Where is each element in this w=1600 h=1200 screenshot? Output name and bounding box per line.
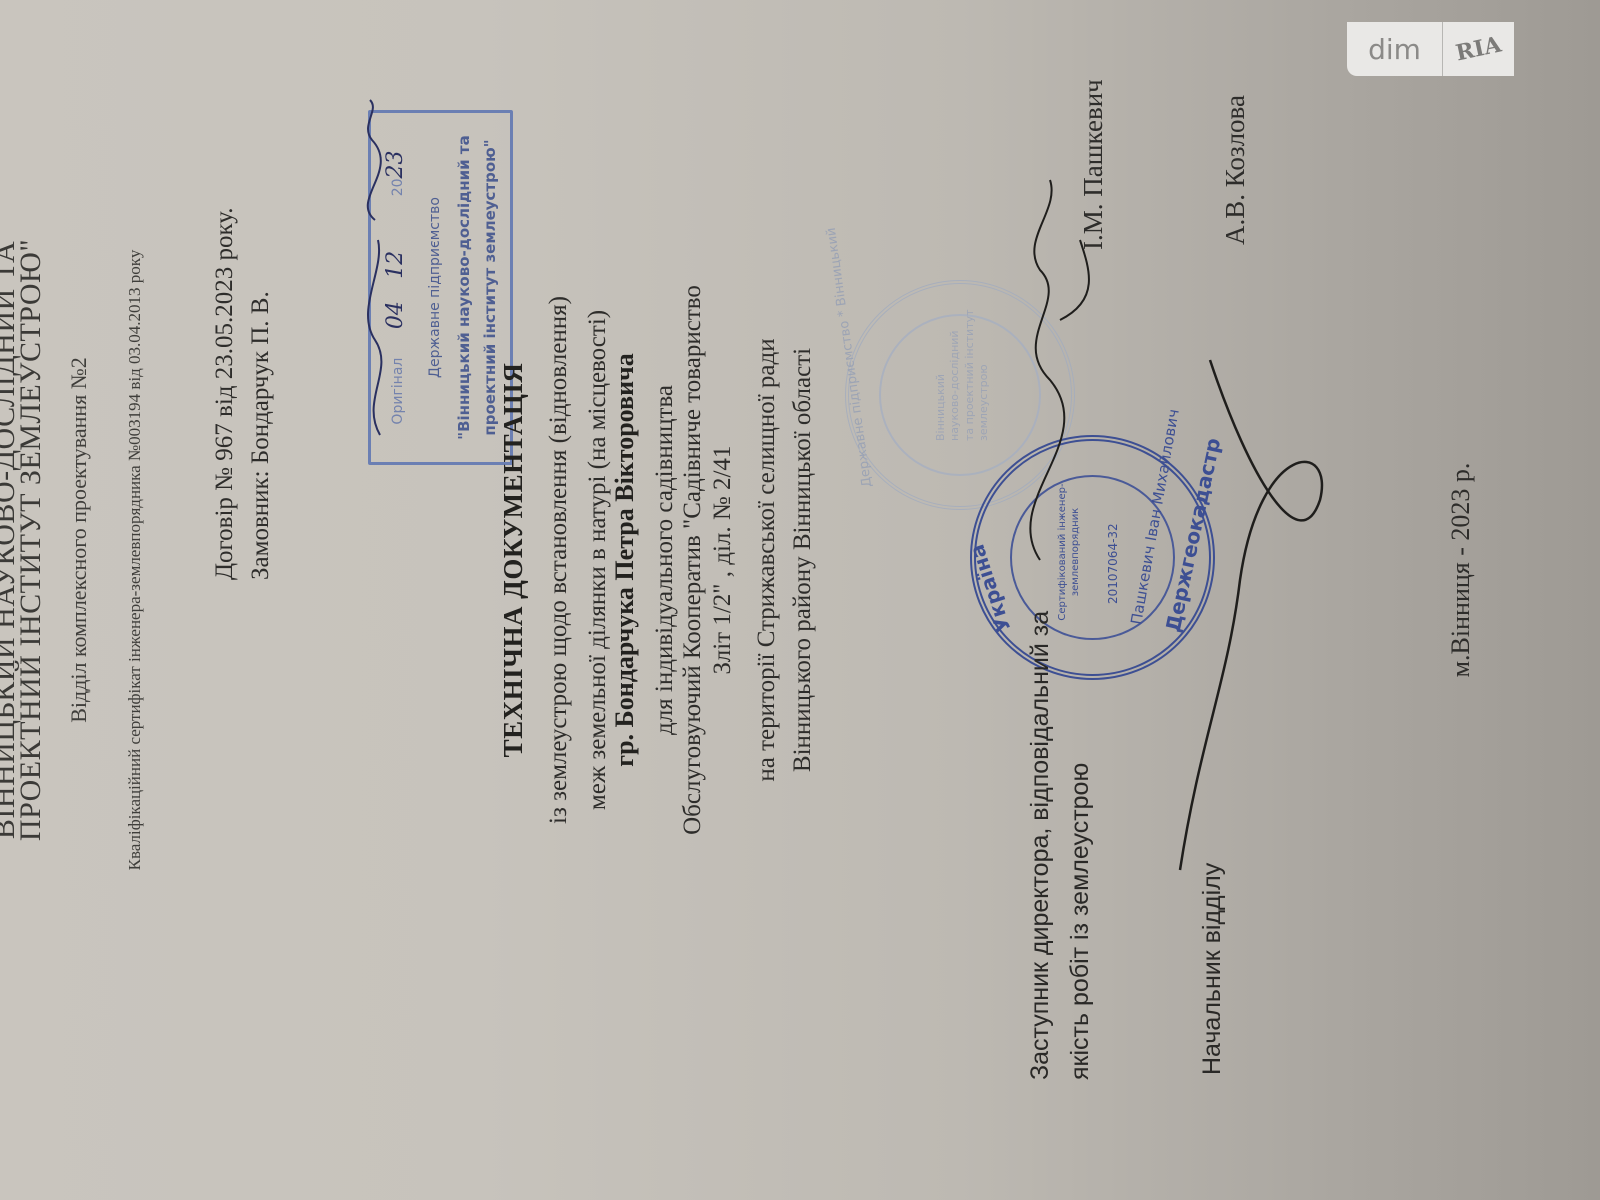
plot-line: Зліт 1/2" , діл. № 2/41 — [710, 260, 735, 860]
location-line1: на території Стрижавської селищної ради — [754, 220, 779, 900]
title-line2: меж земельної ділянки в натурі (на місце… — [585, 230, 610, 890]
stamp-line3: проектний інститут землеустрою" — [481, 113, 499, 462]
footer-city-year: м.Вінниця - 2023 р. — [1448, 410, 1474, 730]
signatory2-role: Начальник відділу — [1200, 863, 1225, 1075]
document-title: ТЕХНІЧНА ДОКУМЕНТАЦІЯ — [500, 340, 527, 780]
stamp-line2: "Вінницький науково-дослідний та — [455, 113, 473, 462]
stamp-original-label: Оригінал 04 12 2023 — [383, 113, 408, 462]
title-line1: із землеустрою щодо встановлення (віднов… — [546, 230, 571, 890]
customer-line: Замовник: Бондарчук П. В. — [248, 291, 273, 580]
signatory1-name: І.М. Пашкевич — [1080, 79, 1107, 250]
watermark-badge: dim RIA — [1347, 22, 1514, 76]
purpose-line: для індивідуального садівництва — [652, 260, 677, 860]
stamp-line1: Державне підприємство — [427, 113, 443, 462]
watermark-dim-logo: dim — [1347, 33, 1442, 66]
signatory1-role-line1: Заступник директора, відповідальний за — [1028, 611, 1053, 1080]
cooperative-line: Обслуговуючий Кооператив "Садівниче това… — [680, 160, 705, 960]
contract-line: Договір № 967 від 23.05.2023 року. — [212, 207, 237, 580]
location-line2: Вінницького району Вінницької області — [790, 220, 815, 900]
department-name: Відділ комплексного проектування №2 — [68, 260, 90, 820]
approval-stamp: Оригінал 04 12 2023 Державне підприємств… — [368, 110, 513, 465]
certificate-line: Кваліфікаційний сертифікат інженера-земл… — [126, 80, 143, 1040]
signatory1-role-line2: якість робіт із землеустрою — [1068, 763, 1093, 1080]
engineer-round-seal: Україна Держгеокадастр Пашкевич Іван Мих… — [970, 435, 1215, 680]
document-page: ВІННИЦЬКИЙ НАУКОВО-ДОСЛІДНИЙ ТА ПРОЕКТНИ… — [0, 0, 1600, 1200]
watermark-ria-logo: RIA — [1441, 29, 1516, 69]
signatory2-name: А.В. Козлова — [1222, 95, 1249, 245]
owner-name: гр. Бондарчука Петра Вікторовича — [612, 260, 638, 860]
institute-name-line2: ПРОЕКТНИЙ ІНСТИТУТ ЗЕМЛЕУСТРОЮ" — [16, 180, 46, 900]
